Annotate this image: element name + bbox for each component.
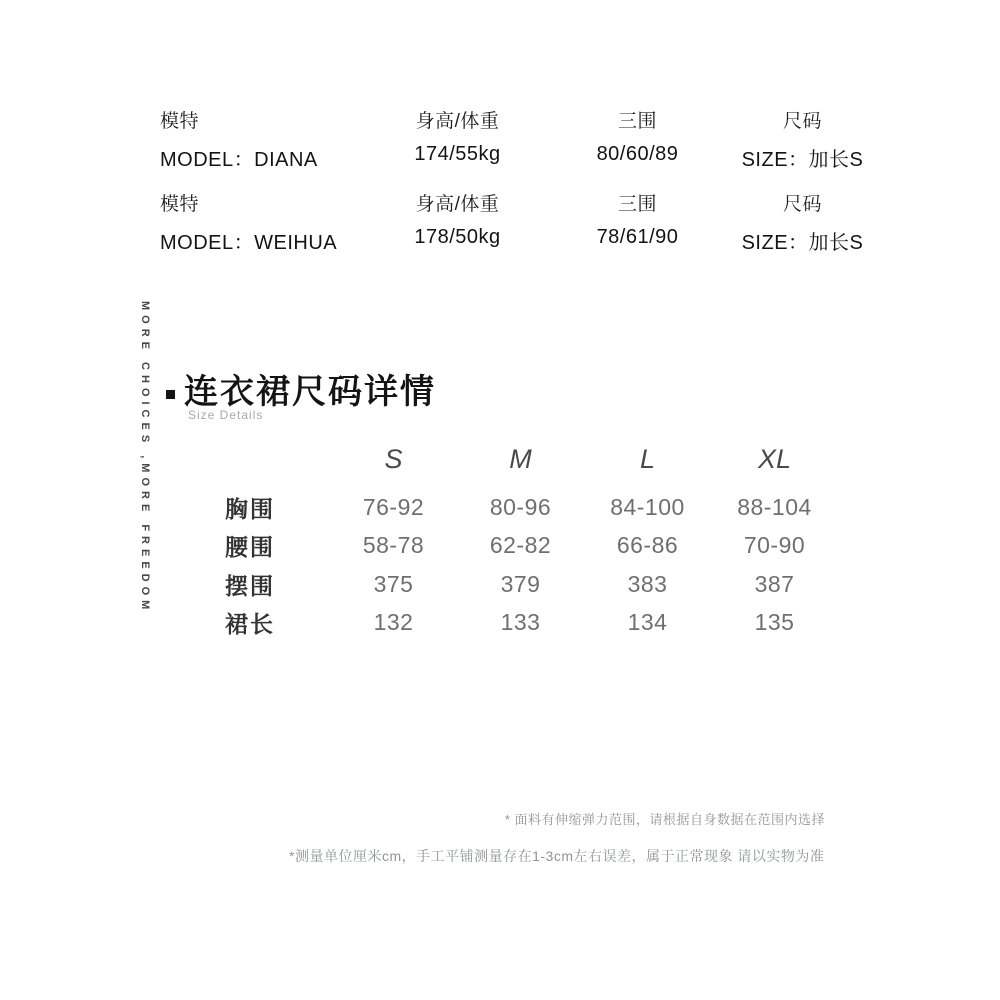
measurements-value: 80/60/89 xyxy=(550,143,725,166)
size-value: SIZE：加长S xyxy=(725,226,880,255)
row-label-waist: 腰围 xyxy=(225,527,330,566)
table-value: 132 xyxy=(330,604,457,643)
vertical-slogan: MORE CHOICES ,MORE FREEDOM xyxy=(139,301,151,614)
model-name-cell: 模特 MODEL：DIANA xyxy=(160,106,365,172)
model-measurements-cell: 三围 78/61/90 xyxy=(550,189,725,255)
column-header-m: M xyxy=(457,436,584,488)
table-value: 133 xyxy=(457,604,584,643)
column-header-l: L xyxy=(584,436,711,488)
model-stats-cell: 身高/体重 174/55kg xyxy=(365,106,550,172)
model-measurements-cell: 三围 80/60/89 xyxy=(550,106,725,172)
measurements-label: 三围 xyxy=(550,189,725,216)
table-value: 375 xyxy=(330,565,457,604)
stats-label: 身高/体重 xyxy=(365,189,550,216)
model-row-diana: 模特 MODEL：DIANA 身高/体重 174/55kg 三围 80/60/8… xyxy=(160,106,880,172)
table-value: 76-92 xyxy=(330,488,457,527)
note-measurement: *测量单位厘米cm，手工平铺测量存在1-3cm左右误差，属于正常现象 请以实物为… xyxy=(289,846,824,866)
stats-value: 174/55kg xyxy=(365,143,550,166)
size-label: 尺码 xyxy=(725,106,880,133)
row-label-hem: 摆围 xyxy=(225,565,330,604)
measurements-value: 78/61/90 xyxy=(550,226,725,249)
table-value: 62-82 xyxy=(457,527,584,566)
model-size-cell: 尺码 SIZE：加长S xyxy=(725,189,880,255)
table-value: 383 xyxy=(584,565,711,604)
section-subtitle: Size Details xyxy=(188,408,263,422)
size-label: 尺码 xyxy=(725,189,880,216)
table-value: 135 xyxy=(711,604,838,643)
table-corner-cell xyxy=(225,436,330,488)
table-value: 70-90 xyxy=(711,527,838,566)
column-header-xl: XL xyxy=(711,436,838,488)
table-value: 379 xyxy=(457,565,584,604)
row-label-bust: 胸围 xyxy=(225,488,330,527)
table-value: 58-78 xyxy=(330,527,457,566)
size-chart-page: 模特 MODEL：DIANA 身高/体重 174/55kg 三围 80/60/8… xyxy=(0,0,1000,1000)
table-value: 387 xyxy=(711,565,838,604)
model-name: MODEL：WEIHUA xyxy=(160,226,365,255)
table-value: 66-86 xyxy=(584,527,711,566)
model-stats-cell: 身高/体重 178/50kg xyxy=(365,189,550,255)
table-value: 88-104 xyxy=(711,488,838,527)
stats-value: 178/50kg xyxy=(365,226,550,249)
model-row-weihua: 模特 MODEL：WEIHUA 身高/体重 178/50kg 三围 78/61/… xyxy=(160,189,880,255)
model-name-cell: 模特 MODEL：WEIHUA xyxy=(160,189,365,255)
section-title: 连衣裙尺码详情 xyxy=(184,364,436,413)
model-info-section: 模特 MODEL：DIANA 身高/体重 174/55kg 三围 80/60/8… xyxy=(160,106,880,272)
row-label-skirt-length: 裙长 xyxy=(225,604,330,643)
table-value: 80-96 xyxy=(457,488,584,527)
measurements-label: 三围 xyxy=(550,106,725,133)
size-table: S M L XL 胸围 76-92 80-96 84-100 88-104 腰围… xyxy=(225,436,838,642)
title-bullet-square xyxy=(166,390,175,399)
model-name: MODEL：DIANA xyxy=(160,143,365,172)
model-role-label: 模特 xyxy=(160,189,365,216)
table-value: 134 xyxy=(584,604,711,643)
table-value: 84-100 xyxy=(584,488,711,527)
size-value: SIZE：加长S xyxy=(725,143,880,172)
model-role-label: 模特 xyxy=(160,106,365,133)
column-header-s: S xyxy=(330,436,457,488)
note-elasticity: * 面料有伸缩弹力范围，请根据自身数据在范围内选择 xyxy=(505,809,825,828)
model-size-cell: 尺码 SIZE：加长S xyxy=(725,106,880,172)
stats-label: 身高/体重 xyxy=(365,106,550,133)
